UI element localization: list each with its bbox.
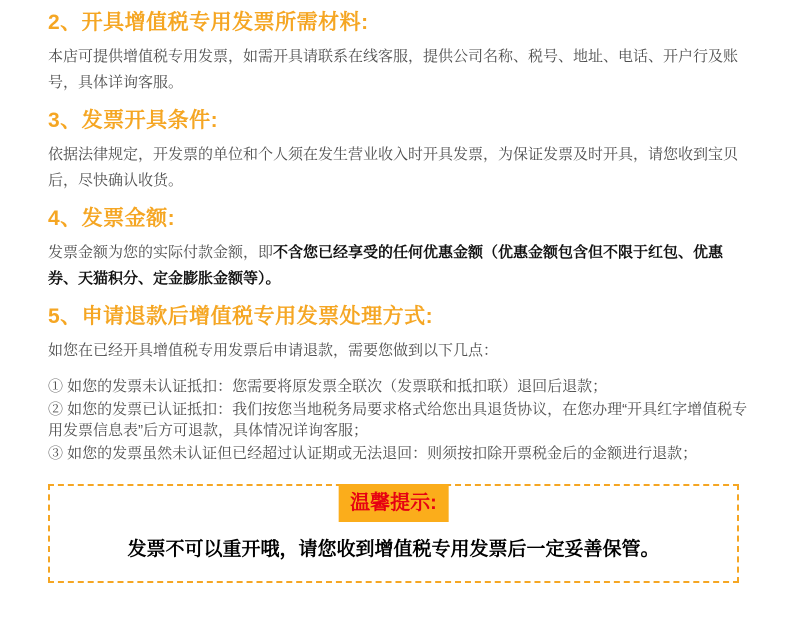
section-issuing-conditions: 3、发票开具条件: 依据法律规定，开发票的单位和个人须在发生营业收入时开具发票，… <box>48 108 748 194</box>
section-heading-amount: 4、发票金额: <box>48 206 748 231</box>
warm-notice-box: 温馨提示: 发票不可以重开哦，请您收到增值税专用发票后一定妥善保管。 <box>48 484 739 583</box>
refund-step-3: ③ 如您的发票虽然未认证但已经超过认证期或无法退回：则须按扣除开票税金后的金额进… <box>48 443 748 464</box>
amount-text-normal: 发票金额为您的实际付款金额，即 <box>48 244 273 261</box>
refund-step-2: ② 如您的发票已认证抵扣：我们按您当地税务局要求格式给您出具退货协议，在您办理“… <box>48 399 748 441</box>
section-heading-materials: 2、开具增值税专用发票所需材料: <box>48 10 748 35</box>
section-body-materials: 本店可提供增值税专用发票，如需开具请联系在线客服，提供公司名称、税号、地址、电话… <box>48 44 748 96</box>
section-body-refund: 如您在已经开具增值税专用发票后申请退款，需要您做到以下几点： <box>48 338 748 364</box>
section-body-conditions: 依据法律规定，开发票的单位和个人须在发生营业收入时开具发票，为保证发票及时开具，… <box>48 142 748 194</box>
section-refund-handling: 5、申请退款后增值税专用发票处理方式: 如您在已经开具增值税专用发票后申请退款，… <box>48 304 748 464</box>
section-body-amount: 发票金额为您的实际付款金额，即不含您已经享受的任何优惠金额（优惠金额包含但不限于… <box>48 240 748 292</box>
refund-steps-list: ① 如您的发票未认证抵扣：您需要将原发票全联次（发票联和抵扣联）退回后退款； ②… <box>48 376 748 464</box>
refund-step-1: ① 如您的发票未认证抵扣：您需要将原发票全联次（发票联和抵扣联）退回后退款； <box>48 376 748 397</box>
invoice-policy-page: 2、开具增值税专用发票所需材料: 本店可提供增值税专用发票，如需开具请联系在线客… <box>0 0 790 583</box>
section-invoice-amount: 4、发票金额: 发票金额为您的实际付款金额，即不含您已经享受的任何优惠金额（优惠… <box>48 206 748 292</box>
section-heading-conditions: 3、发票开具条件: <box>48 108 748 133</box>
section-heading-refund: 5、申请退款后增值税专用发票处理方式: <box>48 304 748 329</box>
warm-notice-badge: 温馨提示: <box>338 484 449 522</box>
section-required-materials: 2、开具增值税专用发票所需材料: 本店可提供增值税专用发票，如需开具请联系在线客… <box>48 10 748 96</box>
warm-notice-text: 发票不可以重开哦，请您收到增值税专用发票后一定妥善保管。 <box>50 538 737 562</box>
